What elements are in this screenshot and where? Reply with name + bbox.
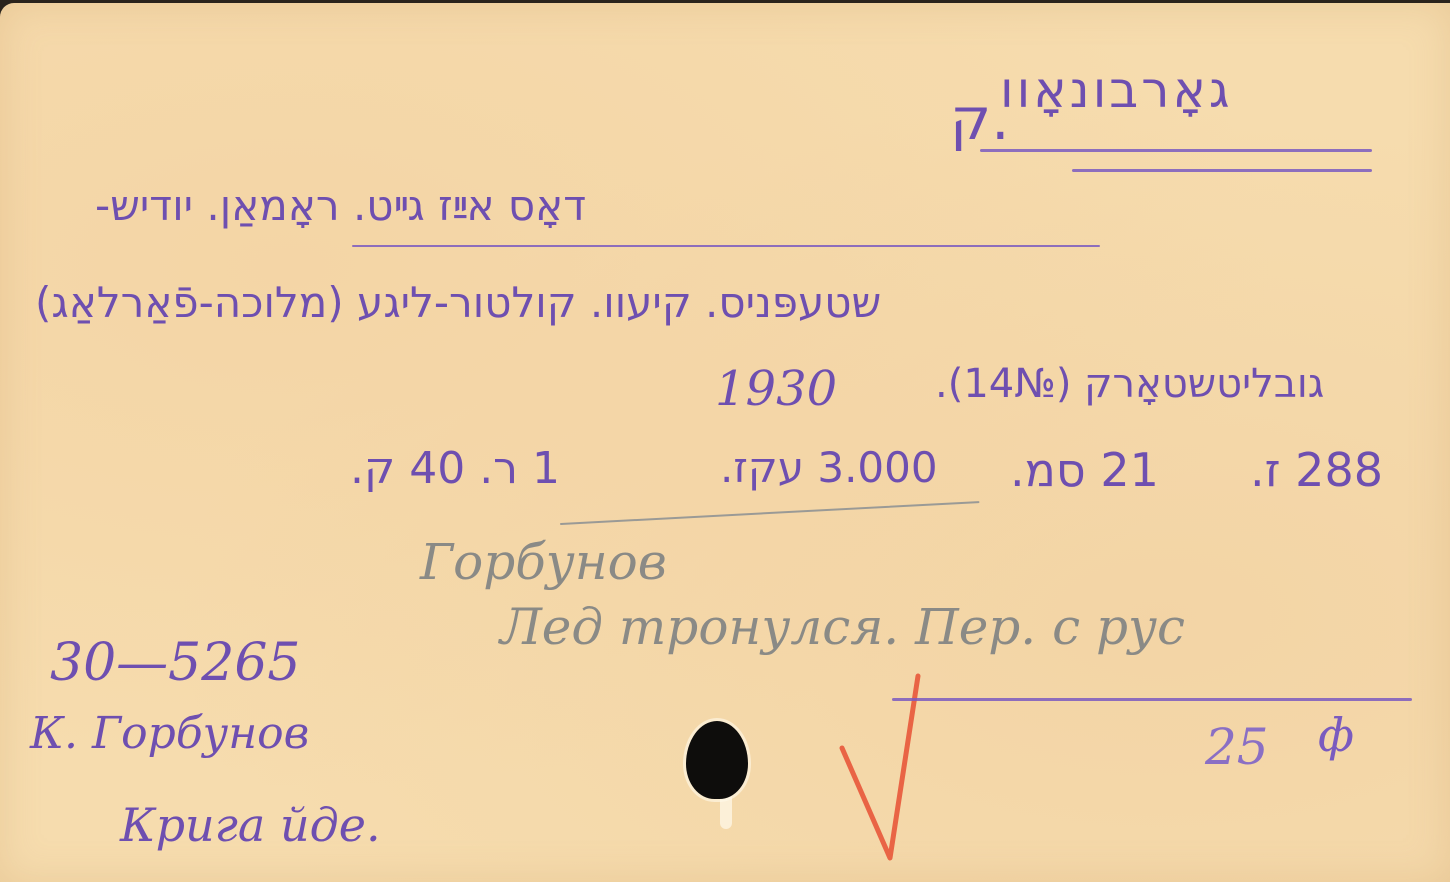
title-russian: Крига йде.: [120, 798, 381, 852]
catalog-card: גאָרבונאָוו ק. דאָס אײַז גײט. ראָמאַן. י…: [0, 3, 1450, 882]
author-russian: К. Горбунов: [30, 708, 309, 759]
copy-count: 25: [1205, 718, 1269, 776]
publication-year: 1930: [715, 361, 837, 417]
title-line-3: גובליטשטאָרק (№14).: [935, 361, 1324, 407]
title-line-2: שטעפּניס. קיעוו. קולטור-ליגע (מלוכה-פֿאַ…: [35, 278, 881, 327]
pencil-note-author: Горбунов: [420, 533, 667, 591]
author-surname: גאָרבונאָוו: [1000, 61, 1232, 119]
heading-underline-1: [980, 149, 1372, 152]
heading-underline-2: [1072, 169, 1372, 172]
title-line-1: דאָס אײַז גײט. ראָמאַן. יודיש-: [95, 181, 586, 230]
title-underline: [352, 245, 1100, 247]
size-cm: 21 סמ.: [1010, 443, 1159, 497]
pencil-note-title: Лед тронулся. Пер. с рус: [500, 598, 1185, 656]
copies: 3.000 עקז.: [720, 443, 938, 492]
author-initial: ק.: [950, 85, 1010, 153]
call-number: 30—5265: [50, 633, 301, 693]
pages: 288 ז.: [1250, 443, 1383, 497]
pencil-stroke: [560, 501, 980, 525]
bottom-rule: [892, 698, 1412, 701]
punch-hole: [686, 721, 748, 799]
price: 1 ר. 40 ק.: [350, 443, 560, 494]
count-mark: ф: [1318, 708, 1354, 762]
